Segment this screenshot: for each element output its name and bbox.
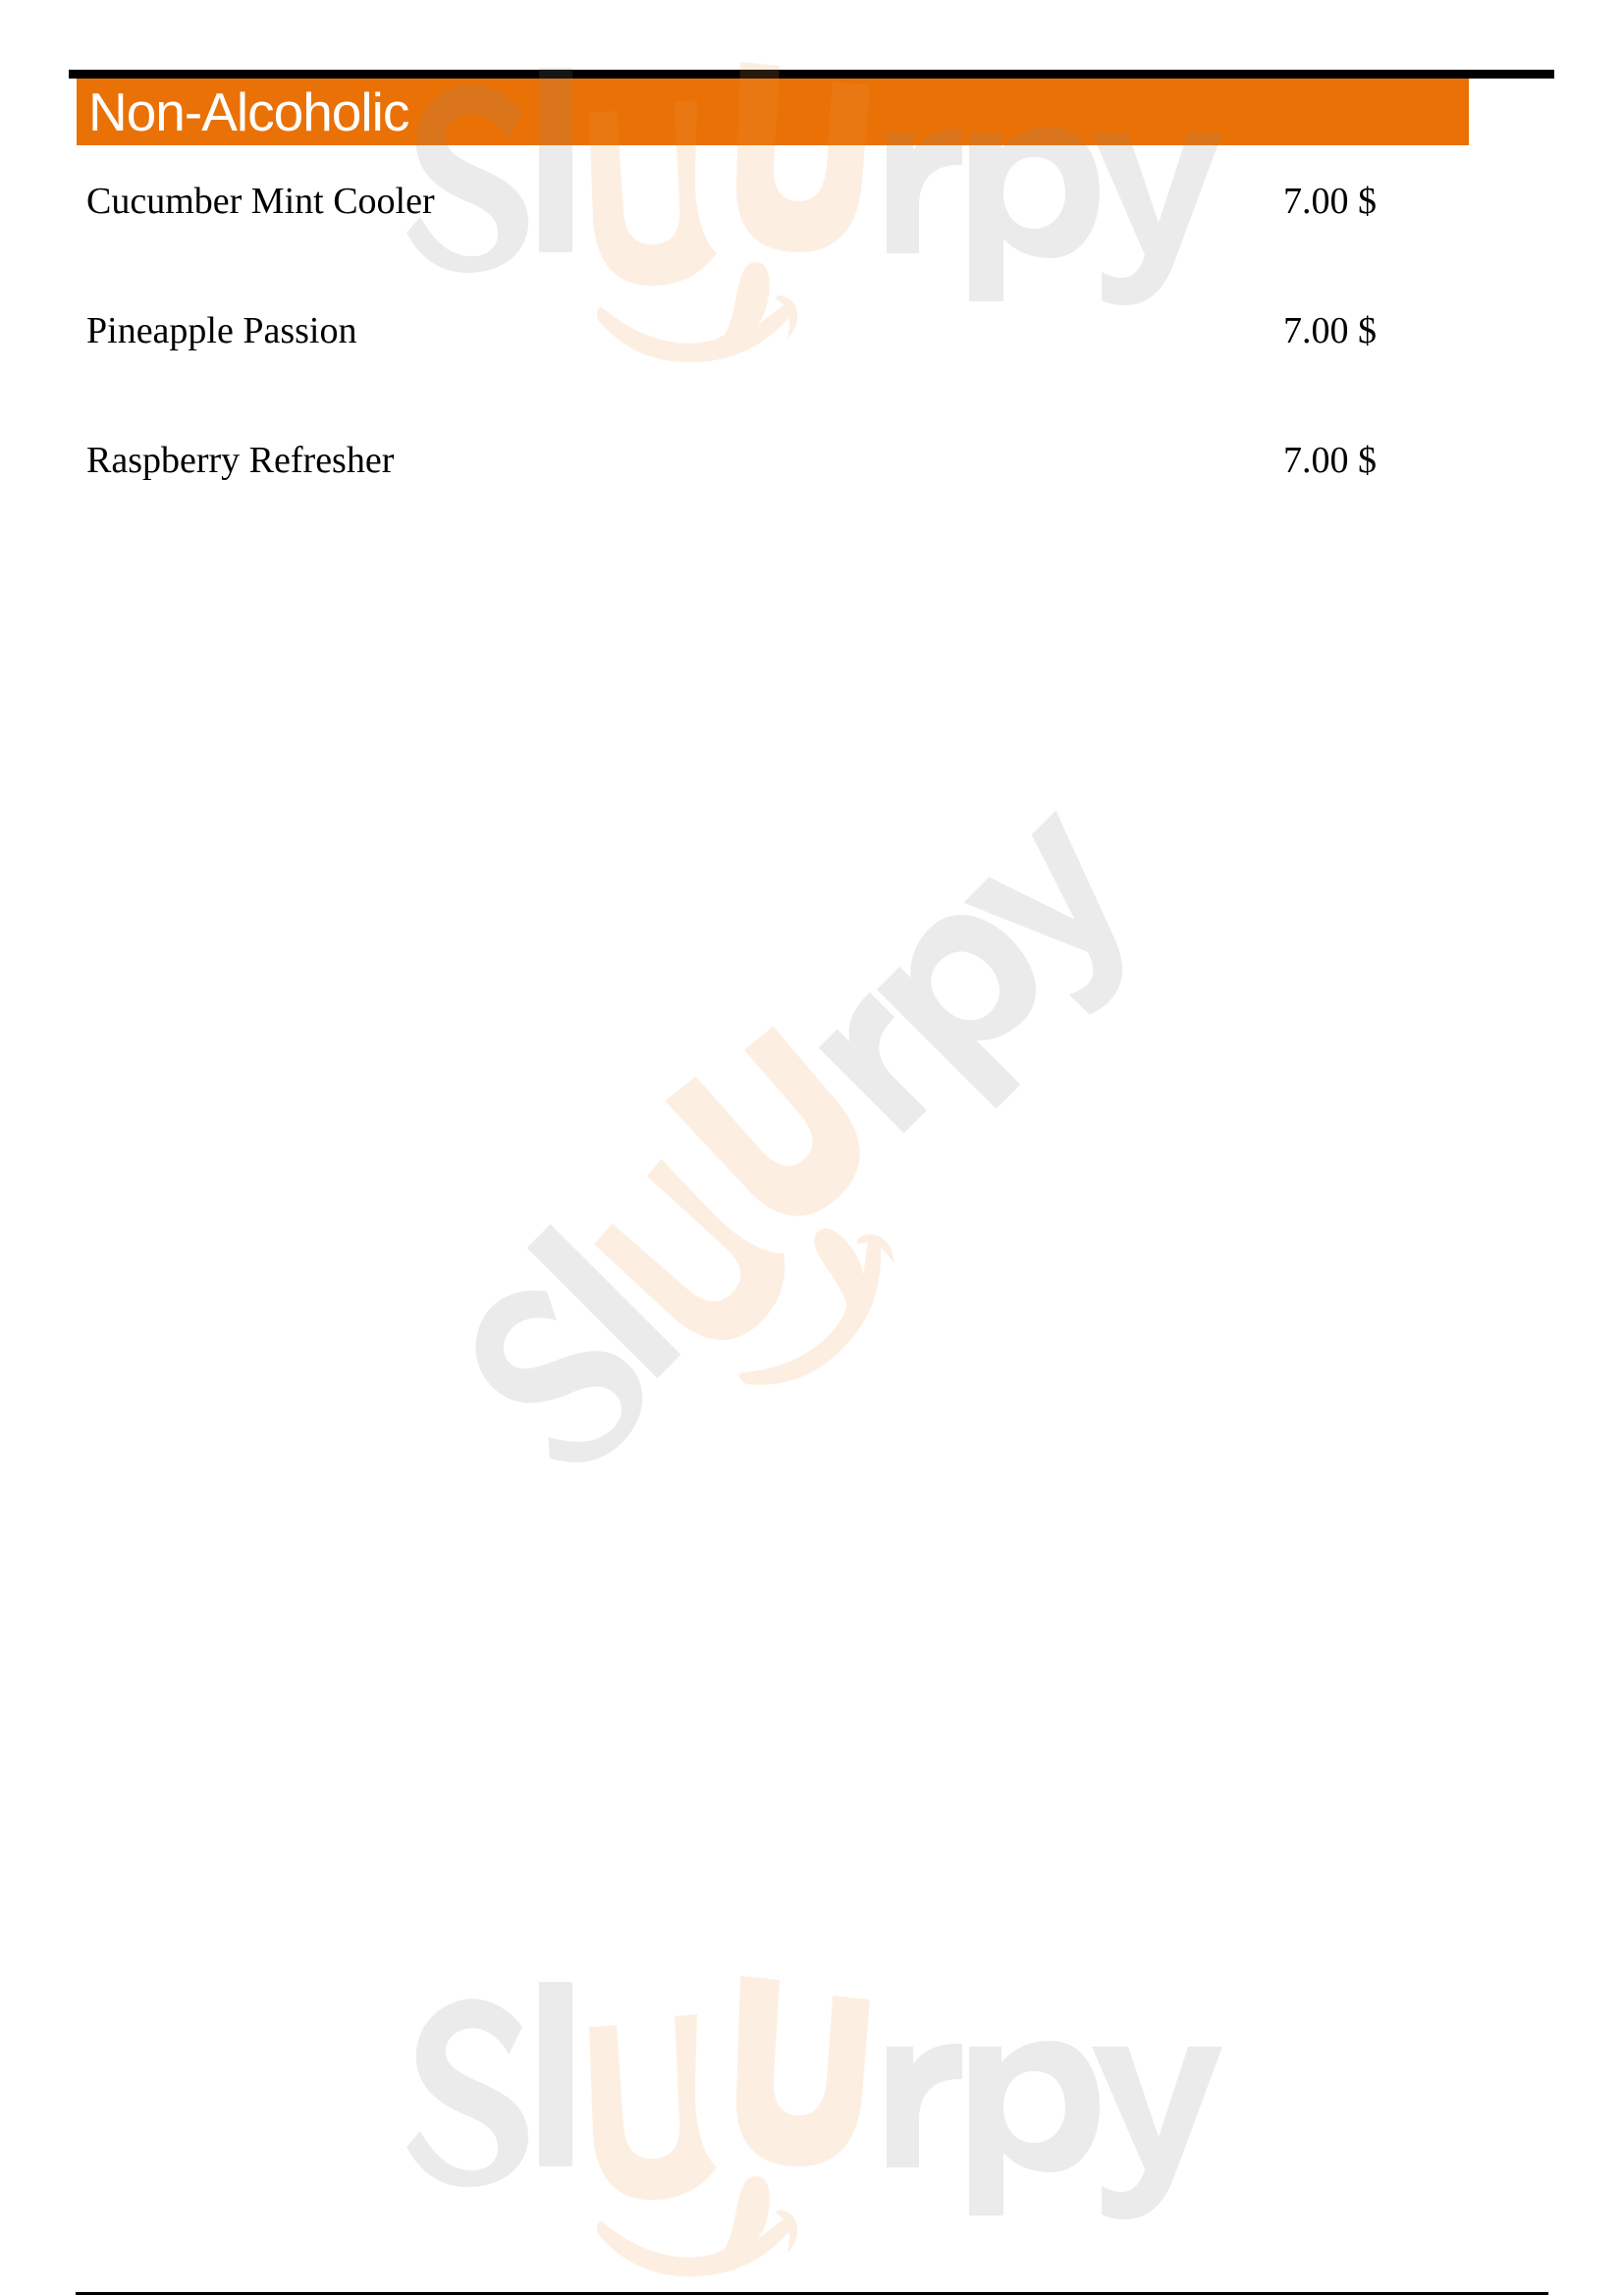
menu-item: Cucumber Mint Cooler 7.00 $ xyxy=(0,177,1624,226)
item-price: 7.00 $ xyxy=(1283,306,1377,355)
item-name: Cucumber Mint Cooler xyxy=(86,177,435,226)
sluurpy-logo-icon xyxy=(429,761,1218,1550)
sluurpy-logo-icon xyxy=(406,1976,1222,2276)
bottom-divider xyxy=(76,2292,1548,2295)
item-name: Raspberry Refresher xyxy=(86,436,394,485)
menu-item: Pineapple Passion 7.00 $ xyxy=(0,306,1624,355)
menu-item: Raspberry Refresher 7.00 $ xyxy=(0,436,1624,485)
top-divider xyxy=(69,70,1554,79)
item-name: Pineapple Passion xyxy=(86,306,356,355)
item-price: 7.00 $ xyxy=(1283,177,1377,226)
item-price: 7.00 $ xyxy=(1283,436,1377,485)
section-title: Non-Alcoholic xyxy=(88,79,408,145)
menu-page: Non-Alcoholic Cucumber Mint Cooler 7.00 … xyxy=(0,0,1624,2296)
